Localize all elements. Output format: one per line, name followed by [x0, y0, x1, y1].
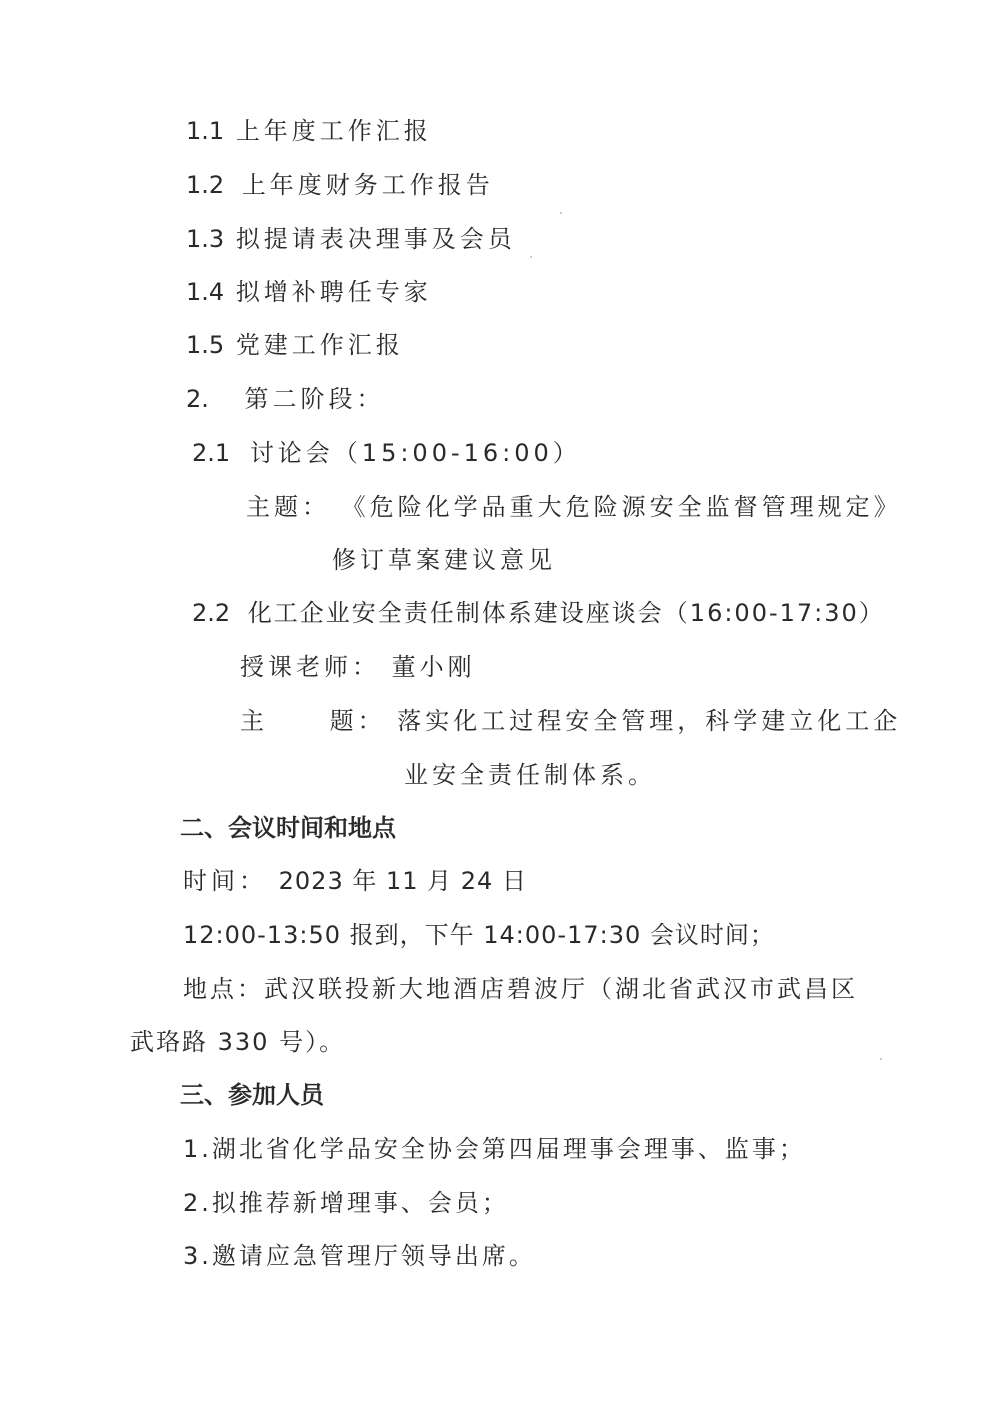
- stage2-number: 2.: [186, 385, 209, 413]
- scan-speck: [560, 212, 562, 214]
- stage2-heading: 2. 第二阶段：: [186, 384, 385, 414]
- meeting-schedule: 12:00-13:50 报到，下午 14:00-17:30 会议时间；: [183, 920, 775, 950]
- section-heading-time-location: 二、会议时间和地点: [180, 813, 396, 843]
- time-value: 2023 年 11 月 24 日: [279, 867, 527, 895]
- item-number: 2.1: [192, 439, 230, 467]
- item-title: 讨论会（15:00-16:00）: [250, 439, 581, 467]
- participant-item: 1.湖北省化学品安全协会第四届理事会理事、监事；: [183, 1134, 806, 1164]
- item-number: 1.1: [186, 117, 224, 145]
- agenda-item-1-1: 1.1 上年度工作汇报: [186, 116, 432, 146]
- topic-label-a: 主: [240, 707, 268, 735]
- item-number: 1.3: [186, 225, 224, 253]
- section-heading-participants: 三、参加人员: [180, 1080, 324, 1110]
- agenda-item-2-1: 2.1 讨论会（15:00-16:00）: [192, 438, 581, 468]
- item-2-1-topic: 主题： 《危险化学品重大危险源安全监督管理规定》: [246, 492, 902, 522]
- participant-item: 3.邀请应急管理厅领导出席。: [183, 1241, 536, 1271]
- scan-speck: [880, 1058, 882, 1060]
- item-number: 2.2: [192, 599, 230, 627]
- topic-text: 《危险化学品重大危险源安全监督管理规定》: [342, 493, 902, 521]
- topic-label-b: 题：: [330, 707, 386, 735]
- teacher-name: 董小刚: [392, 653, 476, 681]
- time-label: 时间：: [183, 867, 267, 895]
- agenda-item-1-2: 1.2 上年度财务工作报告: [186, 170, 494, 200]
- item-2-2-topic-continued: 业安全责任制体系。: [404, 760, 656, 790]
- teacher-label: 授课老师：: [240, 653, 380, 681]
- scan-speck: [530, 256, 532, 258]
- meeting-date: 时间： 2023 年 11 月 24 日: [183, 866, 527, 896]
- item-text: 拟提请表决理事及会员: [236, 225, 516, 253]
- item-text: 上年度工作汇报: [236, 117, 432, 145]
- topic-text: 落实化工过程安全管理，科学建立化工企: [397, 707, 901, 735]
- agenda-item-1-5: 1.5 党建工作汇报: [186, 330, 404, 360]
- participant-item: 2.拟推荐新增理事、会员；: [183, 1188, 509, 1218]
- meeting-location-continued: 武珞路 330 号）。: [130, 1027, 345, 1057]
- item-2-2-topic: 主 题： 落实化工过程安全管理，科学建立化工企: [240, 706, 901, 736]
- item-number: 1.2: [186, 171, 224, 199]
- item-text: 党建工作汇报: [236, 331, 404, 359]
- topic-label: 主题：: [246, 493, 330, 521]
- item-number: 1.5: [186, 331, 224, 359]
- item-text: 上年度财务工作报告: [242, 171, 494, 199]
- item-title: 化工企业安全责任制体系建设座谈会（16:00-17:30）: [248, 599, 885, 627]
- item-text: 拟增补聘任专家: [236, 278, 432, 306]
- item-2-1-topic-continued: 修订草案建议意见: [332, 545, 556, 575]
- meeting-location: 地点：武汉联投新大地酒店碧波厅（湖北省武汉市武昌区: [183, 974, 858, 1004]
- agenda-item-2-2: 2.2 化工企业安全责任制体系建设座谈会（16:00-17:30）: [192, 598, 885, 628]
- agenda-item-1-3: 1.3 拟提请表决理事及会员: [186, 224, 516, 254]
- item-number: 1.4: [186, 278, 224, 306]
- stage2-title: 第二阶段：: [245, 385, 385, 413]
- agenda-item-1-4: 1.4 拟增补聘任专家: [186, 277, 432, 307]
- item-2-2-teacher: 授课老师： 董小刚: [240, 652, 476, 682]
